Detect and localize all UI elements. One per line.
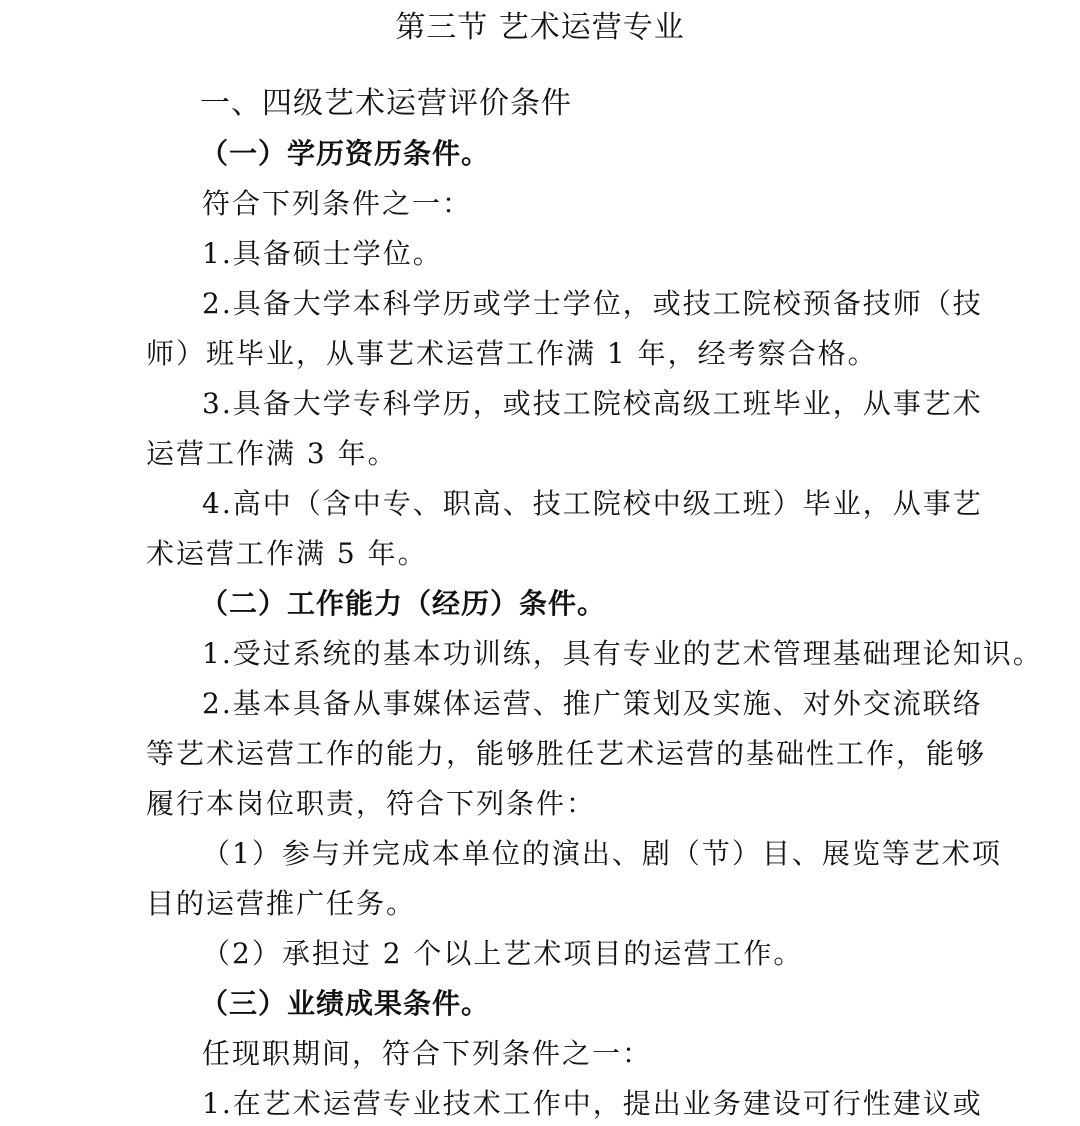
paragraph-line: 等艺术运营工作的能力，能够胜任艺术运营的基础性工作，能够 [146,736,986,772]
heading-level-2: （一）学历资历条件。 [200,136,490,172]
paragraph-line: 2.基本具备从事媒体运营、推广策划及实施、对外交流联络 [202,686,983,722]
paragraph-line: 3.具备大学专科学历，或技工院校高级工班毕业，从事艺术 [202,386,983,422]
paragraph-line: 2.具备大学本科学历或学士学位，或技工院校预备技师（技 [202,286,983,322]
heading-level-1: 一、四级艺术运营评价条件 [200,86,572,122]
paragraph-line: 任现职期间，符合下列条件之一： [202,1036,652,1072]
heading-level-2: （三）业绩成果条件。 [200,986,490,1022]
paragraph-line: 符合下列条件之一： [202,186,472,222]
paragraph-line: 师）班毕业，从事艺术运营工作满 1 年，经考察合格。 [146,336,878,372]
section-title: 第三节 艺术运营专业 [0,10,1080,46]
paragraph-line: 运营工作满 3 年。 [146,436,398,472]
paragraph-line: 目的运营推广任务。 [146,886,416,922]
paragraph-line: 4.高中（含中专、职高、技工院校中级工班）毕业，从事艺 [202,486,983,522]
paragraph-line: （2）承担过 2 个以上艺术项目的运营工作。 [202,936,803,972]
paragraph-line: （1）参与并完成本单位的演出、剧（节）目、展览等艺术项 [202,836,1002,872]
paragraph-line: 术运营工作满 5 年。 [146,536,428,572]
heading-level-2: （二）工作能力（经历）条件。 [200,586,606,622]
paragraph-line: 1.受过系统的基本功训练，具有专业的艺术管理基础理论知识。 [202,636,1043,672]
paragraph-line: 1.在艺术运营专业技术工作中，提出业务建设可行性建议或 [202,1086,983,1122]
paragraph-line: 1.具备硕士学位。 [202,236,443,272]
paragraph-line: 履行本岗位职责，符合下列条件： [146,786,596,822]
